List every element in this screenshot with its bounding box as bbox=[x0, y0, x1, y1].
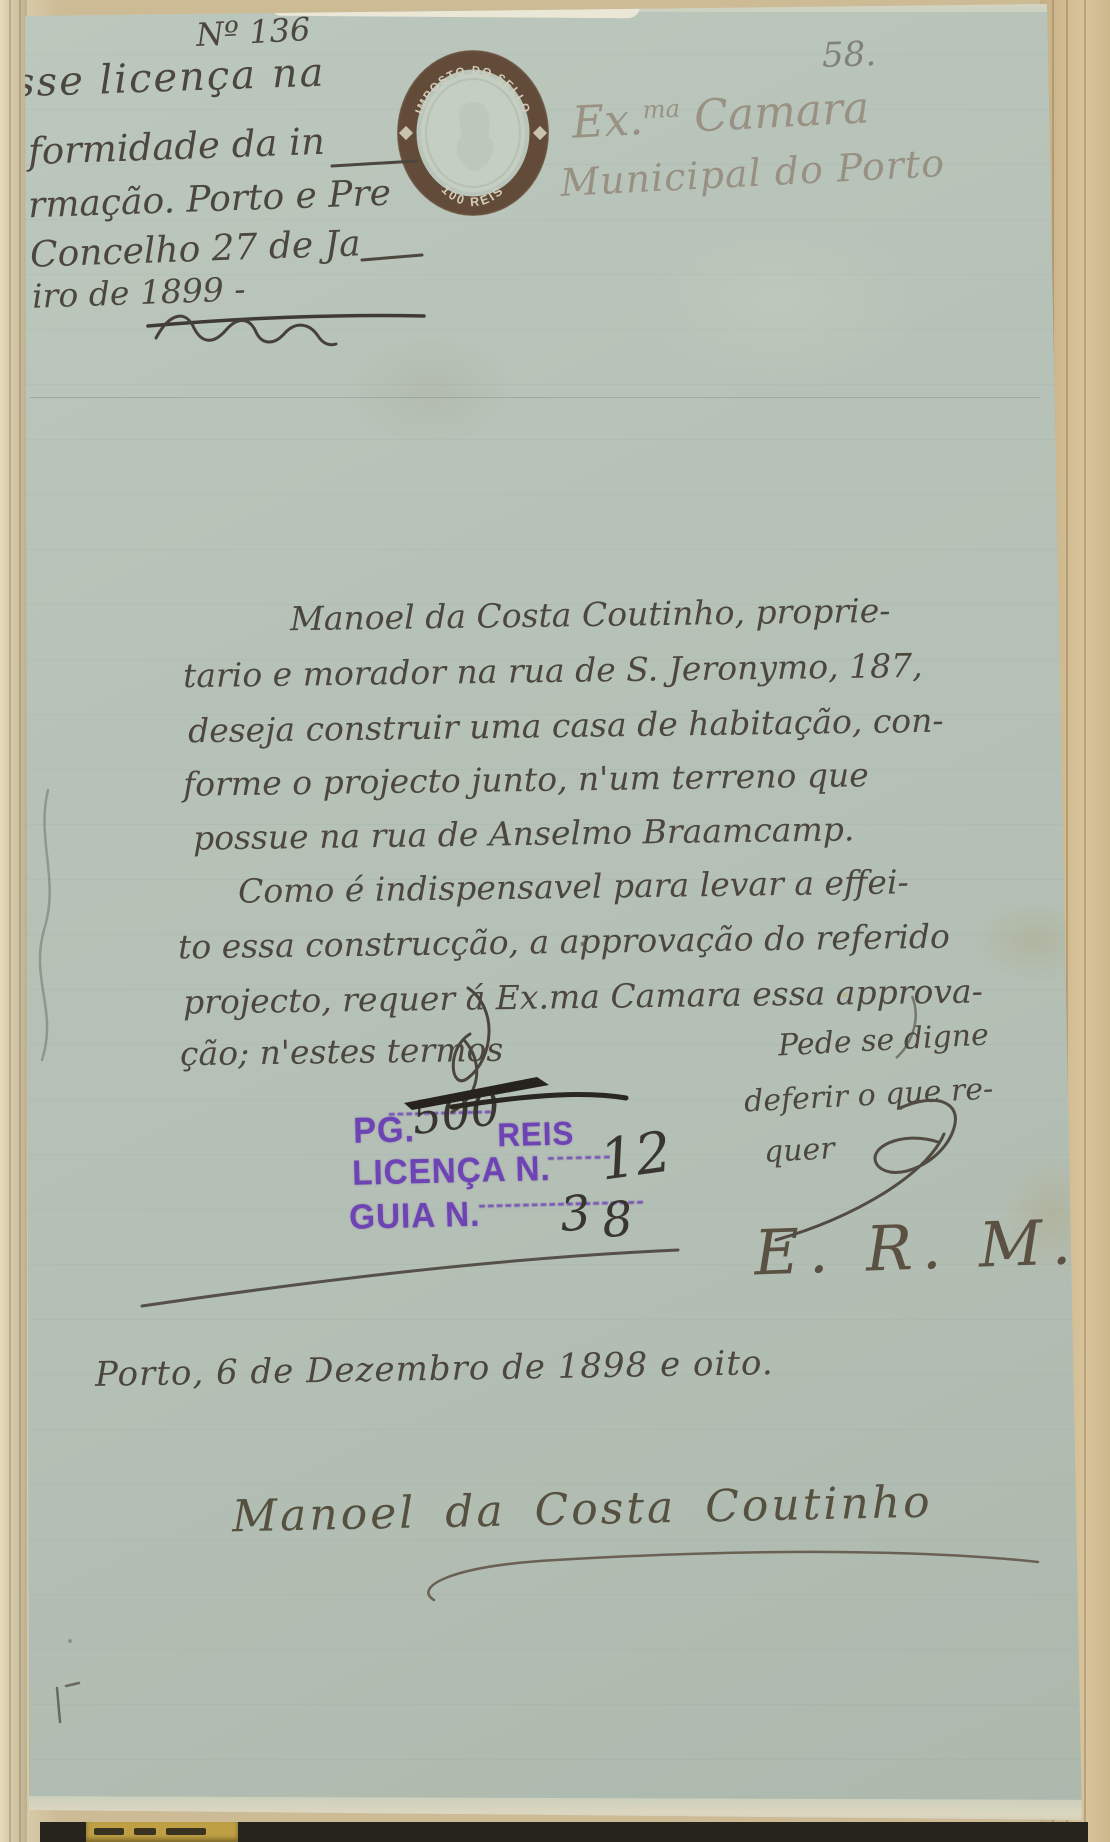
fee-licenca-value: 12 bbox=[596, 1119, 676, 1193]
dispatch-line: formidade da in bbox=[27, 123, 325, 170]
book-edge-crease bbox=[1084, 0, 1086, 1842]
body-line: to essa construcção, a approvação do ref… bbox=[178, 920, 950, 964]
book-edge-crease bbox=[19, 0, 21, 1842]
next-page-fragment bbox=[86, 1822, 238, 1842]
fold-line bbox=[30, 397, 1040, 398]
dispatch-number: Nº 136 bbox=[195, 13, 311, 51]
stamp-embossed-arms bbox=[457, 102, 494, 171]
addressee-superscript: ma bbox=[642, 94, 681, 124]
body-line: deseja construir uma casa de habitação, … bbox=[188, 704, 944, 748]
document-page: 58. Nº 136 sse licença na formidade da i… bbox=[0, 0, 1110, 1842]
revenue-stamp: IMPOSTO DO SELLO 100 REIS bbox=[398, 52, 548, 212]
dispatch-line: iro de 1899 - bbox=[31, 272, 245, 312]
book-edge-left bbox=[0, 0, 27, 1842]
body-line: projecto, requer á Ex.ma Camara essa app… bbox=[183, 974, 983, 1018]
fee-guia-value: 8 bbox=[600, 1191, 635, 1249]
fee-guia-value: 3 bbox=[558, 1185, 593, 1243]
closing-main: E. R. M. bbox=[753, 1205, 1081, 1289]
closing-formula: E. R. M.cê bbox=[753, 1209, 1110, 1284]
fee-reis-label: REIS bbox=[497, 1114, 575, 1154]
body-line: ção; n'estes termos bbox=[180, 1033, 504, 1071]
petition-line: quer bbox=[763, 1134, 835, 1168]
body-line: Como é indispensavel para levar a effei- bbox=[238, 865, 909, 907]
torn-paper-fragment bbox=[272, 0, 640, 18]
fragment-writing bbox=[166, 1828, 206, 1835]
page-number: 58. bbox=[821, 37, 876, 73]
fee-licenca-label: LICENÇA N. bbox=[352, 1149, 551, 1194]
body-line: tario e morador na rua de S. Jeronymo, 1… bbox=[183, 649, 923, 692]
scanned-document: 58. Nº 136 sse licença na formidade da i… bbox=[0, 0, 1110, 1842]
fee-pg-value: 500 bbox=[409, 1081, 503, 1145]
book-edge-crease bbox=[9, 0, 11, 1842]
body-line: Manoel da Costa Coutinho, proprie- bbox=[290, 594, 891, 635]
fragment-writing bbox=[94, 1828, 124, 1835]
addressee-rest: Camara bbox=[679, 82, 871, 143]
addressee-prefix: Ex. bbox=[571, 94, 644, 149]
body-line: forme o projecto junto, n'um terreno que bbox=[183, 758, 869, 801]
body-line: possue na rua de Anselmo Braamcamp. bbox=[193, 812, 855, 854]
fragment-writing bbox=[134, 1828, 156, 1835]
dispatch-line: sse licença na bbox=[13, 53, 326, 104]
fee-guia-label: GUIA N. bbox=[349, 1195, 481, 1238]
